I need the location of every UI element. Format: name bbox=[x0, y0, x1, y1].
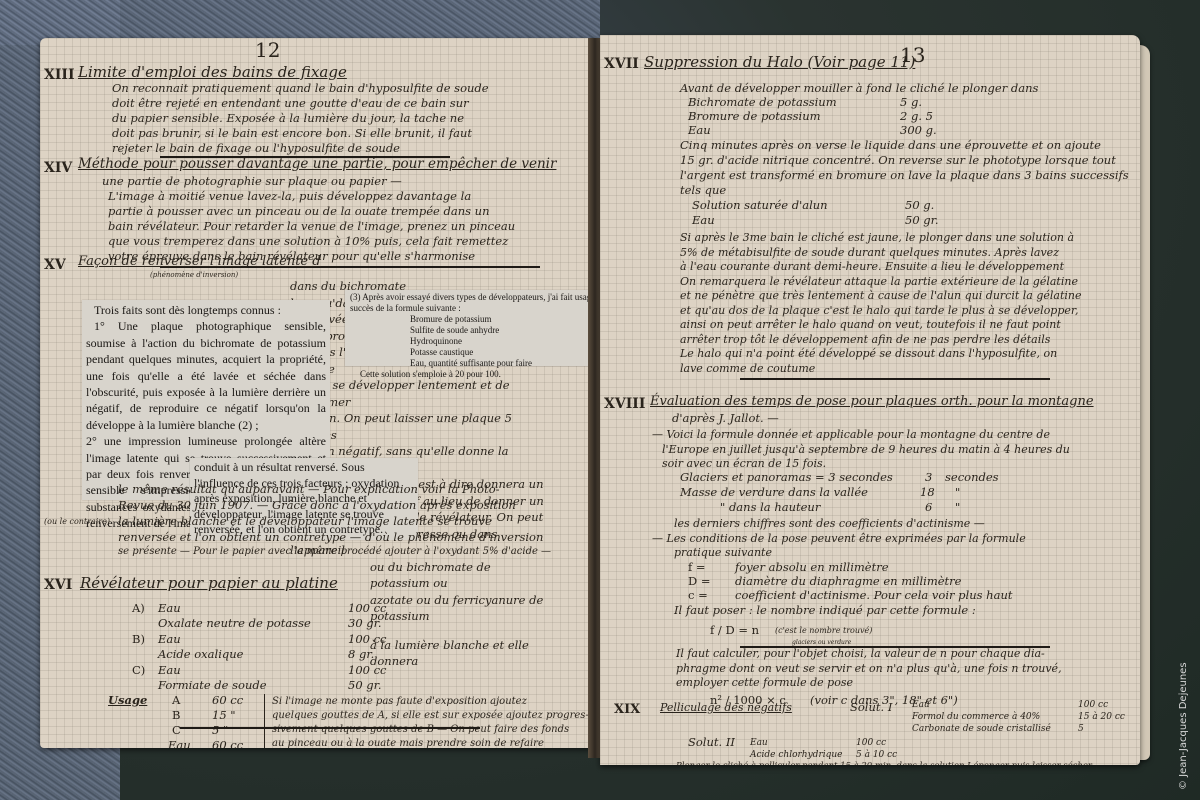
section-subtitle-xv: (phénomène d'inversion) bbox=[150, 272, 238, 279]
solution-2-list: Eau Acide chlorhydrique bbox=[750, 737, 843, 761]
ingredient: Eau bbox=[158, 603, 181, 615]
section-numeral-xv: XV bbox=[44, 258, 66, 272]
ingredient: Eau bbox=[692, 215, 715, 227]
clip-paragraph: Trois faits sont dès longtemps connus : bbox=[86, 302, 326, 318]
usage-qty: 60 cc bbox=[212, 695, 243, 707]
text-line: à la lumière blanche et elle donnera bbox=[290, 637, 550, 670]
usage-label: Usage bbox=[108, 695, 147, 707]
solution-1-list: Eau Formol du commerce à 40% Carbonate d… bbox=[912, 699, 1051, 735]
quantity: 100 cc bbox=[348, 665, 387, 677]
section-body-xviii: les derniers chiffres sont des coefficie… bbox=[652, 517, 1026, 561]
text-line: 15 gr. d'acide nitrique concentré. On re… bbox=[680, 155, 1116, 167]
ingredient: Bichromate de potassium bbox=[688, 97, 837, 109]
text-line: On reconnait pratiquement quand le bain … bbox=[112, 83, 489, 95]
page-number-left: 12 bbox=[255, 40, 280, 60]
quantity: 50 gr. bbox=[348, 680, 382, 692]
ingredient: Bromure de potassium bbox=[688, 111, 821, 123]
quantity: 50 gr. bbox=[905, 215, 939, 227]
usage-bracket bbox=[264, 694, 265, 748]
section-subtitle-xviii: d'après J. Jallot. — bbox=[672, 413, 779, 425]
section-divider bbox=[180, 727, 480, 729]
coefficient-value: 3 bbox=[925, 472, 932, 484]
section-title-xvi: Révélateur pour papier au platine bbox=[80, 576, 338, 591]
quantity: 50 g. bbox=[905, 200, 934, 212]
usage-part: B bbox=[172, 710, 180, 722]
quantity: 5 g. bbox=[900, 97, 922, 109]
section-title-xiii: Limite d'emploi des bains de fixage bbox=[78, 65, 347, 80]
left-page: 12 XIII Limite d'emploi des bains de fix… bbox=[40, 38, 595, 748]
text-line: que vous tremperez dans une solution à 1… bbox=[108, 236, 508, 248]
text-line: une partie de photographie sur plaque ou… bbox=[102, 176, 402, 188]
ingredient: Eau bbox=[158, 665, 181, 677]
solution-label: Solut. II bbox=[688, 737, 735, 749]
solution-2-qty: 100 cc 5 à 10 cc bbox=[856, 737, 897, 761]
section-title-xviii: Évaluation des temps de pose pour plaque… bbox=[650, 395, 1094, 408]
section-title-xiv: Méthode pour pousser davantage une parti… bbox=[78, 158, 556, 172]
coefficient-unit: " bbox=[955, 487, 960, 499]
definition-meaning: diamètre du diaphragme en millimètre bbox=[735, 576, 961, 588]
text-line: renversée et l'on obtient un contretype … bbox=[118, 532, 543, 544]
quantity: 30 gr. bbox=[348, 618, 382, 630]
section-title-xix: Pelliculage des négatifs bbox=[660, 702, 792, 713]
text-line: Avant de développer mouiller à fond le c… bbox=[680, 83, 1038, 95]
section-numeral-xix: XIX bbox=[614, 703, 640, 716]
formula-intro: Il faut poser : le nombre indiqué par ce… bbox=[674, 605, 976, 617]
quantity: 300 g. bbox=[900, 125, 937, 137]
text-line: L'image à moitié venue lavez-la, puis dé… bbox=[108, 191, 471, 203]
formula-row: Eau, quantité suffisante pour faire1 l. bbox=[350, 358, 595, 369]
section-title-xvii: Suppression du Halo (Voir page 11) bbox=[644, 55, 915, 70]
usage-qty: 15 " bbox=[212, 710, 236, 722]
instruction-line: Plonger le cliché à pelliculer pendant 1… bbox=[676, 762, 1092, 765]
text-line: azotate ou du ferricyanure de potassium bbox=[290, 592, 550, 625]
section-body-xvii: Si après le 3me bain le cliché est jaune… bbox=[680, 231, 1082, 376]
section-numeral-xviii: XVIII bbox=[604, 397, 645, 411]
text-line: rejeter le bain de fixage ou l'hyposulfi… bbox=[112, 143, 400, 155]
coefficient-name: Masse de verdure dans la vallée bbox=[680, 487, 868, 499]
formula-ratio-note: (c'est le nombre trouvé) bbox=[775, 627, 872, 635]
text-line: bain révélateur. Pour retarder la venue … bbox=[108, 221, 515, 233]
usage-note: Si l'image ne monte pas faute d'expositi… bbox=[272, 695, 589, 748]
section-intro-xviii: — Voici la formule donnée et applicable … bbox=[652, 428, 1070, 472]
ingredient: Eau bbox=[688, 125, 711, 137]
definition-symbol: D = bbox=[688, 576, 711, 588]
formula-row: Hydroquinone34 g. bbox=[350, 336, 595, 347]
definition-meaning: foyer absolu en millimètre bbox=[735, 562, 889, 574]
solution-label: Solut. I bbox=[850, 702, 892, 714]
section-numeral-xiii: XIII bbox=[44, 68, 75, 82]
coefficient-name: " dans la hauteur bbox=[720, 502, 820, 514]
text-line: se présente — Pour le papier avec le mêm… bbox=[118, 547, 551, 557]
calc-lines: Il faut calculer, pour l'objet choisi, l… bbox=[676, 647, 1062, 691]
coefficient-value: 6 bbox=[925, 502, 932, 514]
text-line: tels que bbox=[680, 185, 726, 197]
coefficient-name: Glaciers et panoramas = 3 secondes bbox=[680, 472, 893, 484]
footnote-intro: (3) Après avoir essayé divers types de d… bbox=[350, 292, 595, 314]
ingredient: Eau bbox=[158, 634, 181, 646]
text-line: doit être rejeté en entendant une goutte… bbox=[112, 98, 469, 110]
formula-row: Potasse caustique50 g. bbox=[350, 347, 595, 358]
section-numeral-xvi: XVI bbox=[44, 578, 72, 592]
quantity: 8 gr. bbox=[348, 649, 374, 661]
ingredient: Formiate de soude bbox=[158, 680, 267, 692]
text-line: Revue du 30 juin 1907. — Grâce donc à l'… bbox=[118, 500, 516, 512]
coefficient-value: 18 bbox=[920, 487, 935, 499]
solution-1-qty: 100 cc 15 à 20 cc 5 bbox=[1078, 699, 1125, 735]
solution-label: B) bbox=[132, 634, 145, 646]
formula-ratio: f / D = n bbox=[710, 625, 759, 637]
usage-part: Eau bbox=[168, 740, 191, 748]
coefficient-unit: " bbox=[955, 502, 960, 514]
coefficient-unit: secondes bbox=[945, 472, 999, 484]
text-line: doit pas brunir, si le bain est encore b… bbox=[112, 128, 472, 140]
text-line: le même résultat qu'auparavant — Pour ex… bbox=[118, 484, 500, 496]
text-line: partie à pousser avec un pinceau ou de l… bbox=[108, 206, 490, 218]
quantity: 100 cc bbox=[348, 634, 387, 646]
ingredient: Solution saturée d'alun bbox=[692, 200, 828, 212]
text-line: du papier sensible. Exposée à la lumière… bbox=[112, 113, 464, 125]
solution-label: C) bbox=[132, 665, 145, 677]
section-divider bbox=[740, 646, 1050, 648]
solution-label: A) bbox=[132, 603, 145, 615]
clip-paragraph: 1° Une plaque photographique sensible, s… bbox=[86, 318, 326, 433]
definition-symbol: c = bbox=[688, 590, 708, 602]
text-line: Cinq minutes après on verse le liquide d… bbox=[680, 140, 1101, 152]
usage-part: A bbox=[172, 695, 180, 707]
section-numeral-xvii: XVII bbox=[604, 57, 639, 71]
usage-qty: 60 cc bbox=[212, 740, 243, 748]
formula-row: Sulfite de soude anhydre140 g. bbox=[350, 325, 595, 336]
footnote-note: Cette solution s'emploie à 20 pour 100. bbox=[350, 369, 595, 380]
definition-symbol: f = bbox=[688, 562, 706, 574]
quantity: 100 cc bbox=[348, 603, 387, 615]
section-numeral-xiv: XIV bbox=[44, 161, 72, 175]
right-page: 13 XVII Suppression du Halo (Voir page 1… bbox=[600, 35, 1140, 765]
text-line: la lumière blanche et le développateur l… bbox=[118, 516, 492, 528]
definition-meaning: coefficient d'actinisme. Pour cela voir … bbox=[735, 590, 1012, 602]
text-line: l'argent est transformé en bromure on la… bbox=[680, 170, 1129, 182]
margin-note: (ou le contraire) bbox=[44, 518, 110, 526]
photo-credit: © Jean-Jacques Dejeunes bbox=[1178, 662, 1189, 790]
section-title-xv: Façon de renverser l'image latente d bbox=[78, 255, 321, 268]
ingredient: Oxalate neutre de potasse bbox=[158, 618, 311, 630]
quantity: 2 g. 5 bbox=[900, 111, 933, 123]
formula-row: Bromure de potassium8 g. bbox=[350, 314, 595, 325]
printed-clipping-footnote: (3) Après avoir essayé divers types de d… bbox=[345, 290, 595, 366]
section-divider bbox=[740, 378, 1050, 380]
ingredient: Acide oxalique bbox=[158, 649, 243, 661]
